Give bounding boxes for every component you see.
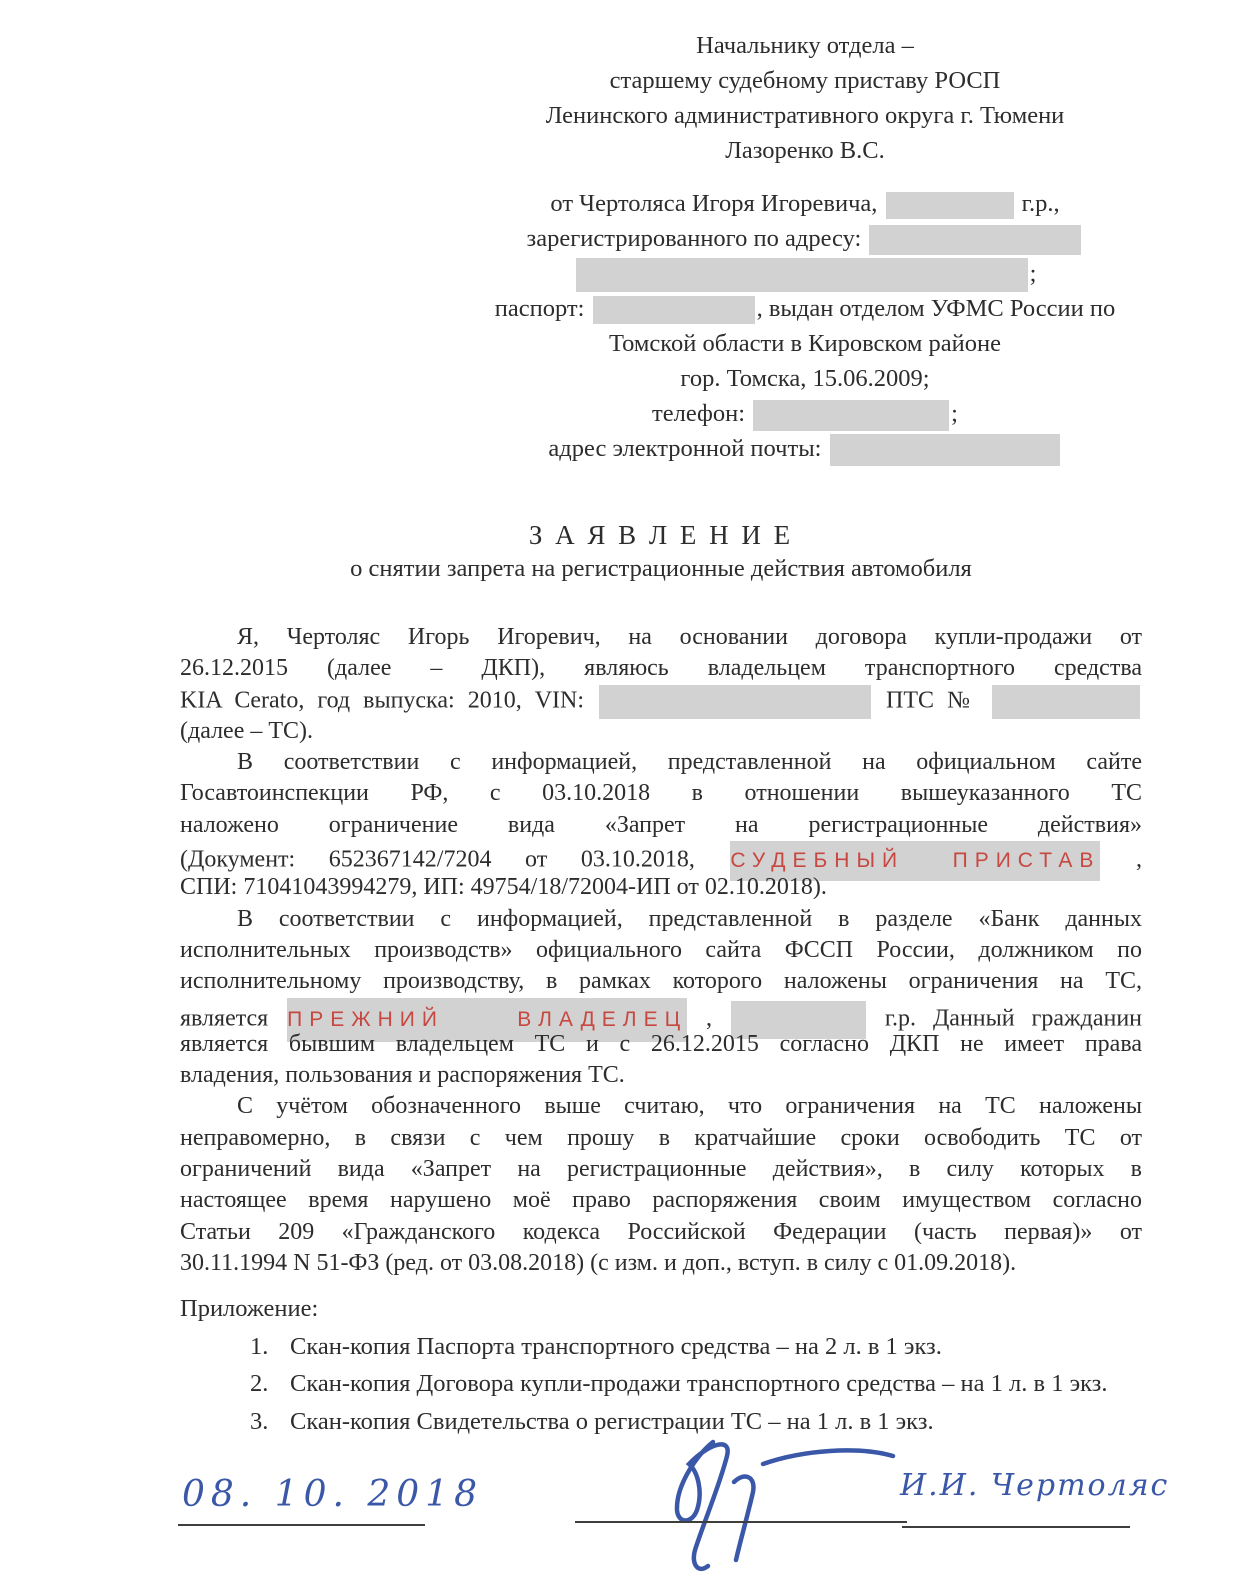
text-run: ; bbox=[1030, 260, 1037, 287]
body-line: неправомерно, в связи с чем прошу в крат… bbox=[180, 1123, 1142, 1154]
redacted-pts-number bbox=[992, 685, 1140, 719]
body-line: настоящее время нарушено моё право распо… bbox=[180, 1185, 1142, 1216]
text-run: ПТС № bbox=[873, 687, 990, 713]
text-run: г.р. Данный гражданин bbox=[868, 1005, 1142, 1031]
body-line: Госавтоинспекции РФ, с 03.10.2018 в отно… bbox=[180, 778, 1142, 809]
applicant-line: адрес электронной почты: bbox=[455, 431, 1155, 466]
redacted-address-line-2 bbox=[576, 258, 1028, 292]
redacted-vin bbox=[599, 685, 871, 719]
attachment-number: 2. bbox=[250, 1365, 290, 1403]
body-line: Я, Чертоляс Игорь Игоревич, на основании… bbox=[180, 622, 1142, 653]
document-title: З А Я В Л Е Н И Е bbox=[180, 520, 1142, 551]
applicant-line: ; bbox=[455, 256, 1155, 291]
redacted-passport-number bbox=[593, 296, 755, 324]
attachment-item: 2.Скан-копия Договора купли-продажи тран… bbox=[180, 1365, 1142, 1403]
attachment-number: 1. bbox=[250, 1328, 290, 1366]
body-line: является бывшим владельцем ТС и с 26.12.… bbox=[180, 1029, 1142, 1060]
body-text: Я, Чертоляс Игорь Игоревич, на основании… bbox=[180, 622, 1142, 1279]
body-line: является ПРЕЖНИЙ ВЛАДЕЛЕЦ , г.р. Данный … bbox=[180, 998, 1142, 1029]
applicant-block: от Чертоляса Игоря Игоревича, г.р., заре… bbox=[455, 186, 1155, 466]
body-line: 30.11.1994 N 51-ФЗ (ред. от 03.08.2018) … bbox=[180, 1248, 1142, 1279]
text-run: (Документ: 652367142/7204 от 03.10.2018, bbox=[180, 847, 728, 873]
recipient-line: Лазоренко В.С. bbox=[455, 133, 1155, 168]
body-line: Статьи 209 «Гражданского кодекса Российс… bbox=[180, 1217, 1142, 1248]
redacted-email bbox=[830, 434, 1060, 466]
applicant-line: зарегистрированного по адресу: bbox=[455, 221, 1155, 256]
text-run: от Чертоляса Игоря Игоревича, bbox=[550, 190, 883, 217]
attachment-item: 1.Скан-копия Паспорта транспортного сред… bbox=[180, 1328, 1142, 1366]
scanned-application-document: Начальнику отдела – старшему судебному п… bbox=[0, 0, 1239, 1594]
signature-stroke bbox=[677, 1442, 728, 1569]
body-line: исполнительному производству, в рамках к… bbox=[180, 966, 1142, 997]
applicant-line: от Чертоляса Игоря Игоревича, г.р., bbox=[455, 186, 1155, 221]
body-line: В соответствии с информацией, представле… bbox=[180, 904, 1142, 935]
text-run: , bbox=[689, 1005, 729, 1031]
body-line: С учётом обозначенного выше считаю, что … bbox=[180, 1091, 1142, 1122]
applicant-line: телефон: ; bbox=[455, 396, 1155, 431]
applicant-line: Томской области в Кировском районе bbox=[455, 326, 1155, 361]
body-line: ограничений вида «Запрет на регистрацион… bbox=[180, 1154, 1142, 1185]
body-line: владения, пользования и распоряжения ТС. bbox=[180, 1060, 1142, 1091]
attachment-number: 3. bbox=[250, 1403, 290, 1441]
signature-stroke bbox=[734, 1477, 753, 1560]
signature-underline bbox=[575, 1521, 907, 1523]
document-subtitle: о снятии запрета на регистрационные дейс… bbox=[180, 555, 1142, 583]
applicant-line: гор. Томска, 15.06.2009; bbox=[455, 361, 1155, 396]
text-run: является bbox=[180, 1005, 285, 1031]
applicant-line: паспорт: , выдан отделом УФМС России по bbox=[455, 291, 1155, 326]
attachments-block: Приложение: 1.Скан-копия Паспорта трансп… bbox=[180, 1290, 1142, 1440]
date-underline bbox=[178, 1524, 425, 1526]
document-title-block: З А Я В Л Е Н И Е о снятии запрета на ре… bbox=[180, 520, 1142, 583]
body-line: В соответствии с информацией, представле… bbox=[180, 747, 1142, 778]
attachment-text: Скан-копия Паспорта транспортного средст… bbox=[290, 1333, 942, 1360]
text-run: , выдан отделом УФМС России по bbox=[757, 295, 1116, 322]
body-line: наложено ограничение вида «Запрет на рег… bbox=[180, 810, 1142, 841]
redacted-birth-date bbox=[886, 192, 1014, 219]
body-line: исполнительных производств» официального… bbox=[180, 935, 1142, 966]
handwritten-name: И.И. Чертоляс bbox=[900, 1468, 1169, 1503]
attachments-label: Приложение: bbox=[180, 1290, 1142, 1328]
name-underline bbox=[902, 1526, 1130, 1528]
text-run: телефон: bbox=[652, 400, 751, 427]
recipient-block: Начальнику отдела – старшему судебному п… bbox=[455, 28, 1155, 168]
signature-flourish bbox=[763, 1450, 893, 1464]
recipient-line: Ленинского административного округа г. Т… bbox=[455, 98, 1155, 133]
body-line: 26.12.2015 (далее – ДКП), являюсь владел… bbox=[180, 653, 1142, 684]
handwritten-date: 08. 10. 2018 bbox=[182, 1474, 483, 1515]
text-run: адрес электронной почты: bbox=[548, 435, 827, 462]
signature-scribble bbox=[548, 1422, 918, 1587]
text-run: KIA Cerato, год выпуска: 2010, VIN: bbox=[180, 687, 597, 713]
body-line: (Документ: 652367142/7204 от 03.10.2018,… bbox=[180, 841, 1142, 872]
body-line: (далее – ТС). bbox=[180, 716, 1142, 747]
body-line: KIA Cerato, год выпуска: 2010, VIN: ПТС … bbox=[180, 685, 1142, 716]
text-run: г.р., bbox=[1016, 190, 1060, 217]
text-run: ; bbox=[951, 400, 958, 427]
text-run: зарегистрированного по адресу: bbox=[527, 225, 868, 252]
recipient-line: Начальнику отдела – bbox=[455, 28, 1155, 63]
recipient-line: старшему судебному приставу РОСП bbox=[455, 63, 1155, 98]
redacted-address-line-1 bbox=[869, 225, 1081, 255]
text-run: паспорт: bbox=[495, 295, 591, 322]
redacted-phone bbox=[753, 400, 949, 431]
attachment-text: Скан-копия Договора купли-продажи трансп… bbox=[290, 1370, 1107, 1397]
text-run: , bbox=[1102, 847, 1142, 873]
